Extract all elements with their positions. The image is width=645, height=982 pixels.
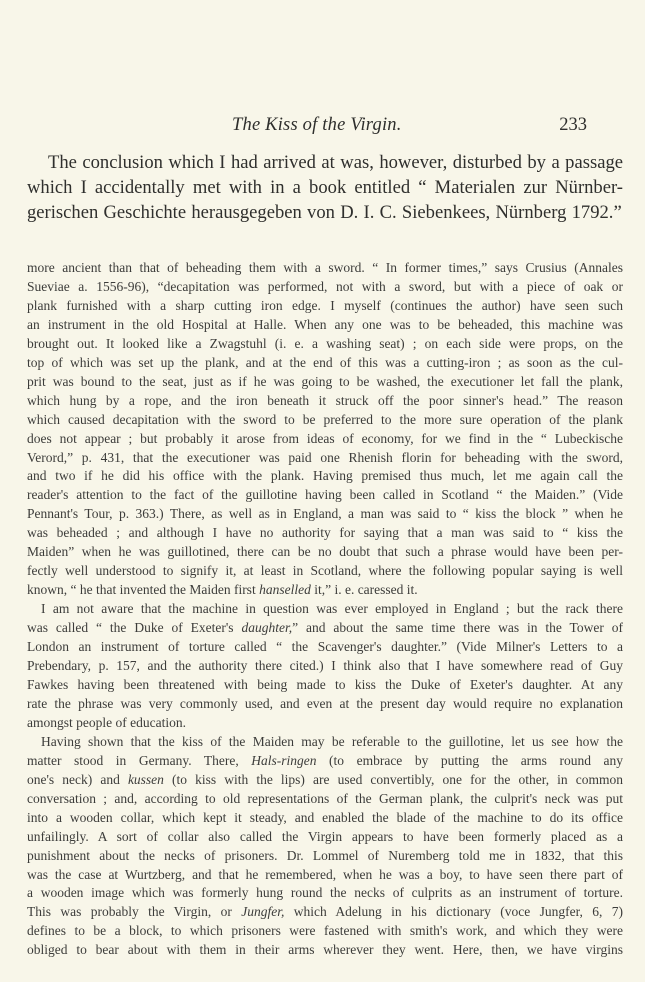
text-fragment: known, “ he that invented the Maiden fir… (27, 582, 259, 597)
text-line: Prebendary, p. 157, and the authority th… (27, 657, 623, 676)
text-line: Maiden” when he was guillotined, there c… (27, 543, 623, 562)
text-line: more ancient than that of beheading them… (27, 259, 623, 278)
text-fragment: was called “ the Duke of Exeter's (27, 620, 241, 635)
intro-paragraph: The conclusion which I had arrived at wa… (27, 150, 623, 225)
text-line: into a wooden collar, which kept it stea… (27, 809, 623, 828)
intro-line: The conclusion which I had arrived at wa… (27, 150, 623, 175)
text-fragment: ” and about the same time there was in t… (292, 620, 623, 635)
text-line: London an instrument of torture called “… (27, 638, 623, 657)
text-line: was the case at Wurtzberg, and that he r… (27, 866, 623, 885)
text-line: known, “ he that invented the Maiden fir… (27, 581, 623, 600)
text-line: reader's attention to the fact of the gu… (27, 486, 623, 505)
text-line: brought out. It looked like a Zwagstuhl … (27, 335, 623, 354)
italic-term: Hals-ringen (251, 753, 316, 768)
text-fragment: (to kiss with the lips) are used convert… (164, 772, 623, 787)
text-fragment: (to embrace by putting the arms round an… (317, 753, 623, 768)
text-line: Fawkes having been threatened with being… (27, 676, 623, 695)
text-fragment: matter stood in Germany. There, (27, 753, 251, 768)
text-line: defines to be a block, to which prisoner… (27, 922, 623, 941)
text-line: which caused decapitation with the sword… (27, 411, 623, 430)
text-line: Pennant's Tour, p. 363.) There, as well … (27, 505, 623, 524)
body-text: more ancient than that of beheading them… (27, 259, 623, 960)
italic-term: daughter, (241, 620, 292, 635)
text-line: prit was bound to the seat, just as if h… (27, 373, 623, 392)
italic-term: Jungfer, (241, 904, 284, 919)
text-fragment: it,” i. e. caressed it. (311, 582, 418, 597)
text-fragment: which Adelung in his dictionary (voce Ju… (284, 904, 623, 919)
text-line: top of which was set up the plank, and a… (27, 354, 623, 373)
text-line: This was probably the Virgin, or Jungfer… (27, 903, 623, 922)
text-line: punishment about the necks of prisoners.… (27, 847, 623, 866)
italic-term: hanselled (259, 582, 311, 597)
running-title: The Kiss of the Virgin. (232, 115, 402, 136)
text-line: Verord,” p. 431, that the executioner wa… (27, 449, 623, 468)
intro-line: which I accidentally met with in a book … (27, 175, 623, 200)
text-line: matter stood in Germany. There, Hals-rin… (27, 752, 623, 771)
text-line: which hung by a rope, and the iron benea… (27, 392, 623, 411)
text-line: fectly well understood to signify it, at… (27, 562, 623, 581)
running-head: The Kiss of the Virgin. 233 (232, 115, 587, 139)
text-line: does not appear ; but probably it arose … (27, 430, 623, 449)
text-line: Having shown that the kiss of the Maiden… (27, 733, 623, 752)
text-line: an instrument in the old Hospital at Hal… (27, 316, 623, 335)
text-line: a wooden image which was formerly hung r… (27, 884, 623, 903)
text-line: was beheaded ; and although I have no au… (27, 524, 623, 543)
intro-line: gerischen Geschichte herausgegeben von D… (27, 200, 623, 225)
text-fragment: This was probably the Virgin, or (27, 904, 241, 919)
italic-term: kussen (128, 772, 164, 787)
text-line: plank furnished with a sharp cutting iro… (27, 297, 623, 316)
text-line: and two if he did his office with the pl… (27, 467, 623, 486)
text-line: one's neck) and kussen (to kiss with the… (27, 771, 623, 790)
text-line: was called “ the Duke of Exeter's daught… (27, 619, 623, 638)
text-line: amongst people of education. (27, 714, 623, 733)
text-line: rate the phrase was very commonly used, … (27, 695, 623, 714)
text-line: conversation ; and, according to old rep… (27, 790, 623, 809)
text-fragment: one's neck) and (27, 772, 128, 787)
book-page: The Kiss of the Virgin. 233 The conclusi… (0, 0, 645, 982)
text-line: obliged to bear about with them in their… (27, 941, 623, 960)
text-line: Sueviae a. 1556-96), “decapitation was p… (27, 278, 623, 297)
text-line: unfailingly. A sort of collar also calle… (27, 828, 623, 847)
page-number: 233 (559, 115, 587, 136)
text-line: I am not aware that the machine in quest… (27, 600, 623, 619)
